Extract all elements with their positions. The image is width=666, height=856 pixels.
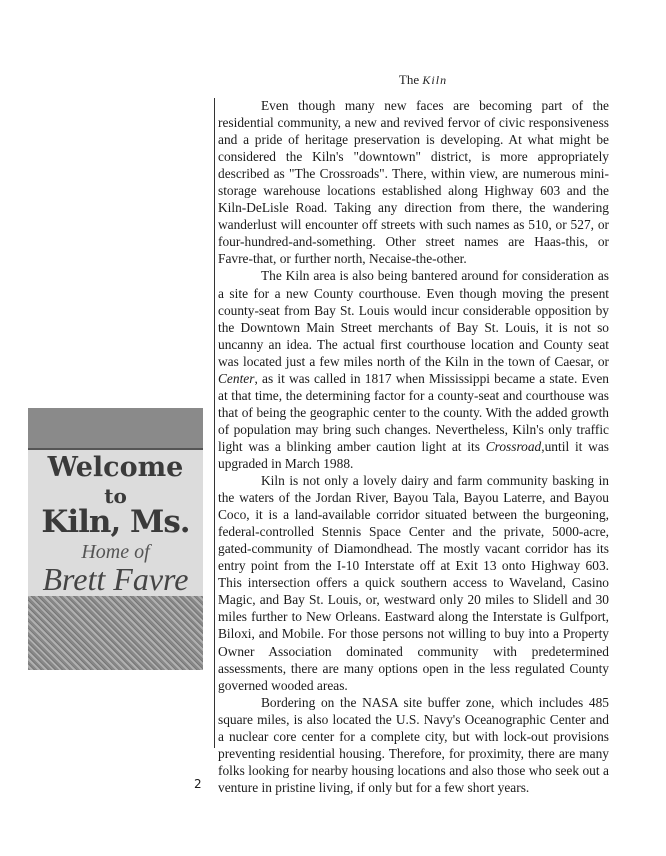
running-header: The Kiln <box>0 72 666 88</box>
paragraph-2: The Kiln area is also being bantered aro… <box>218 267 609 472</box>
photo-ground <box>28 596 203 670</box>
sign-text-welcome: Welcome <box>28 452 203 483</box>
column-divider <box>214 98 215 748</box>
article-body: Even though many new faces are becoming … <box>218 97 609 796</box>
header-prefix: The <box>399 72 419 87</box>
photo-sky <box>28 408 203 448</box>
page-number: 2 <box>194 777 202 791</box>
sign-text-name: Brett Favre <box>28 561 203 598</box>
paragraph-1: Even though many new faces are becoming … <box>218 97 609 267</box>
sign-text-town: Kiln, Ms. <box>28 504 203 540</box>
header-title: Kiln <box>422 73 447 87</box>
paragraph-4: Bordering on the NASA site buffer zone, … <box>218 694 609 796</box>
paragraph-3: Kiln is not only a lovely dairy and farm… <box>218 472 609 694</box>
welcome-sign-photo: Welcome to Kiln, Ms. Home of Brett Favre <box>28 408 203 670</box>
